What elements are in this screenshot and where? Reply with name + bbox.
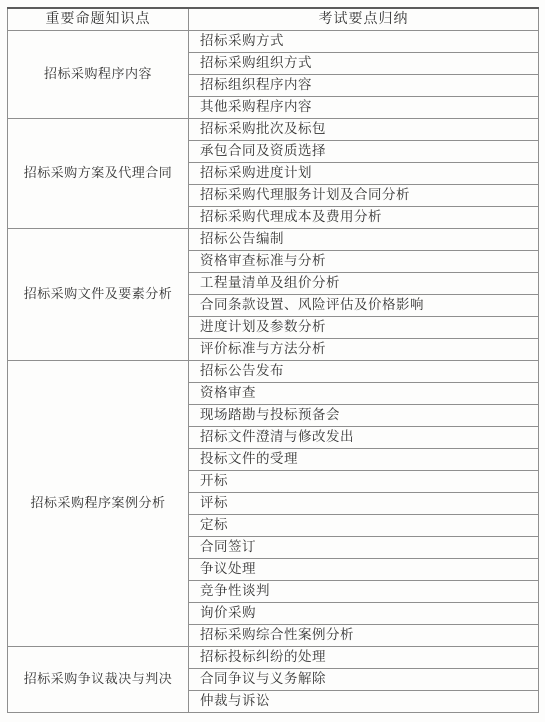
topic-cell: 招标采购进度计划 [189, 162, 539, 184]
group-label-cell: 招标采购程序案例分析 [8, 360, 189, 646]
topic-cell: 争议处理 [189, 558, 539, 580]
topic-cell: 评标 [189, 492, 539, 514]
topic-cell: 招标采购代理成本及费用分析 [189, 206, 539, 228]
topic-cell: 招标采购方式 [189, 30, 539, 52]
topic-cell: 承包合同及资质选择 [189, 140, 539, 162]
group-label-cell: 招标采购文件及要素分析 [8, 228, 189, 360]
topic-cell: 招标投标纠纷的处理 [189, 646, 539, 668]
topic-cell: 进度计划及参数分析 [189, 316, 539, 338]
topic-cell: 招标采购代理服务计划及合同分析 [189, 184, 539, 206]
scanned-page: 重要命题知识点 考试要点归纳 招标采购程序内容 招标采购方式 招标采购组织方式 … [0, 0, 545, 722]
topic-cell: 合同签订 [189, 536, 539, 558]
table-header: 重要命题知识点 考试要点归纳 [8, 8, 539, 30]
topic-cell: 评价标准与方法分析 [189, 338, 539, 360]
knowledge-points-table: 重要命题知识点 考试要点归纳 招标采购程序内容 招标采购方式 招标采购组织方式 … [7, 7, 539, 713]
header-row: 重要命题知识点 考试要点归纳 [8, 8, 539, 30]
topic-cell: 开标 [189, 470, 539, 492]
topic-cell: 招标采购批次及标包 [189, 118, 539, 140]
topic-cell: 合同争议与义务解除 [189, 668, 539, 690]
topic-cell: 招标公告编制 [189, 228, 539, 250]
topic-cell: 询价采购 [189, 602, 539, 624]
table-row: 招标采购程序内容 招标采购方式 [8, 30, 539, 52]
topic-cell: 招标文件澄清与修改发出 [189, 426, 539, 448]
table-row: 招标采购争议裁决与判决 招标投标纠纷的处理 [8, 646, 539, 668]
topic-cell: 资格审查 [189, 382, 539, 404]
topic-cell: 现场踏勘与投标预备会 [189, 404, 539, 426]
topic-cell: 招标公告发布 [189, 360, 539, 382]
topic-cell: 投标文件的受理 [189, 448, 539, 470]
group-label-cell: 招标采购争议裁决与判决 [8, 646, 189, 712]
topic-cell: 工程量清单及组价分析 [189, 272, 539, 294]
topic-cell: 招标采购综合性案例分析 [189, 624, 539, 646]
group-label-cell: 招标采购程序内容 [8, 30, 189, 118]
header-col-exam-points: 考试要点归纳 [189, 8, 539, 30]
topic-cell: 竞争性谈判 [189, 580, 539, 602]
topic-cell: 其他采购程序内容 [189, 96, 539, 118]
group-label-cell: 招标采购方案及代理合同 [8, 118, 189, 228]
topic-cell: 合同条款设置、风险评估及价格影响 [189, 294, 539, 316]
topic-cell: 招标采购组织方式 [189, 52, 539, 74]
table-row: 招标采购文件及要素分析 招标公告编制 [8, 228, 539, 250]
header-col-knowledge-points: 重要命题知识点 [8, 8, 189, 30]
topic-cell: 招标组织程序内容 [189, 74, 539, 96]
table-body: 招标采购程序内容 招标采购方式 招标采购组织方式 招标组织程序内容 其他采购程序… [8, 30, 539, 713]
table-row: 招标采购方案及代理合同 招标采购批次及标包 [8, 118, 539, 140]
topic-cell: 定标 [189, 514, 539, 536]
topic-cell: 仲裁与诉讼 [189, 690, 539, 712]
table-row: 招标采购程序案例分析 招标公告发布 [8, 360, 539, 382]
topic-cell: 资格审查标准与分析 [189, 250, 539, 272]
